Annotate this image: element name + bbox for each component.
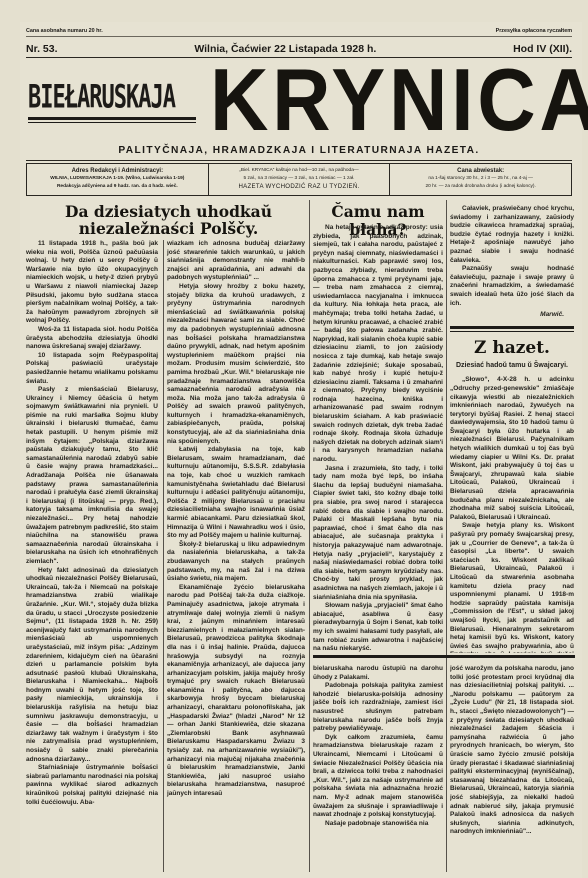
divider [450,331,574,332]
paragraph: 11 listapada 1918 h., pašla boŭ jak wiek… [26,240,158,326]
divider [450,326,574,329]
paragraph: Woś-ža 11 listapada sioł. hodu Polšča ŭr… [26,326,158,352]
subscription-line: 5 zał., na 3 miesiacy — 3 zał., na 1 mie… [213,175,386,183]
ads-line: 20 hr. — za radok drobnaha druku (i adne… [394,183,567,191]
paragraph: Swaje hetyja plany ks. Wiskont pašyraŭ p… [450,522,574,653]
signature: Marwič. [450,311,574,320]
paragraph: „Słowo“, 4-X-28 h. u adcinku „Odruchy pr… [450,376,574,522]
divider [28,117,196,120]
ads-title: Cana abwiestak: [394,167,567,175]
paragraph: Jasna i zrazumieła, što tady, i tolki ta… [313,465,443,603]
section-subhead: Dziesiać hadoŭ tamu ŭ Šwajcaryi. [450,362,574,371]
office-hours: Redakcyja adčynienа ad 9 hadz. ran. da 4… [31,183,204,191]
paragraph: Hety fakt adnosinaŭ da dziesiatych uhodk… [26,567,158,765]
top-strip: Cana asobnaha numaru 20 hr. Przesyłka op… [26,28,572,34]
price-note: Cana asobnaha numaru 20 hr. [26,28,103,34]
subscription-box: „Biel. KRYNICA“ kaštuje na hod—10 zał., … [208,164,390,195]
paragraph: Padobnaja polskaja palityka zamiest łaho… [313,682,443,734]
address-line: WILNIA, LUDWISARSKAJA 1-19. (Wilno, Ludw… [31,175,204,183]
ads-line: na 1-šaj staroncy 30 hr., 2 i 3 — 25 hr.… [394,175,567,183]
continuation-column-4: jość warožym da polskaha narodu, jano to… [450,665,574,870]
masthead-title: KRYNICA [210,56,543,144]
paragraph: Hetyja słowy hroźby z boku hazety, stoja… [167,283,305,446]
column-rule [446,200,447,872]
column-rule [163,240,164,872]
paragraph: Paznaŭšy swaju hodnaść čałaviečuju, pazn… [450,265,574,308]
article-headline: Da dziesiatych uhodkaŭ niezaležnaści Pol… [26,203,311,237]
paragraph: Čałaviek, praświečany choć krychu, świad… [450,205,574,265]
paragraph: 10 listapada sojm Rečypaspolitaj Polskaj… [26,352,158,386]
subscription-line: „Biel. KRYNICA“ kaštuje na hod—10 zał., … [213,167,386,175]
article-column-1: 11 listapada 1918 h., pašla boŭ jak wiek… [26,240,158,870]
column-rule [309,200,310,872]
postage-note: Przesyłka opłacona ryczałtem [496,28,572,34]
divider [26,160,572,161]
masthead-pretitle: BIEŁARUSKAJA [28,80,175,116]
article-column-4: Čałaviek, praświečany choć krychu, świad… [450,205,574,653]
paragraph: Staŕniašniaje ŭstrymańnie boĺšaści siabr… [26,764,158,807]
publication-frequency: HAZETA WYCHODZIĆ RAZ U TYDZIEŃ. [213,183,386,191]
ads-box: Cana abwiestak: na 1-šaj staroncy 30 hr.… [389,164,571,195]
address-box: Adres Redakcyi i Administracyi: WILNIA, … [27,164,208,195]
paragraph: Škoły-ž bielaruskaj u liku adpawiednym d… [167,541,305,584]
section-headline: Z hazet. [450,338,574,358]
paragraph: Łatwij zdabyłasia na toje, kab Bielarusa… [167,446,305,541]
paragraph: Na hetaje pytańnie adkaz prosty: usia zł… [313,224,443,465]
paragraph: wiazkam ich adnosna budučaj dziaržawy jo… [167,240,305,283]
divider [26,36,572,37]
paragraph: jość warožym da polskaha narodu, jano to… [450,665,574,837]
paragraph: Słowam našyja „pryjacieli" šmat čaho abi… [313,602,443,652]
info-bar: Adres Redakcyi i Administracyi: WILNIA, … [26,163,572,196]
paragraph: Našaje padobnaje stanowišča nia [313,820,443,829]
issue-number: Nr. 53. [26,43,58,55]
paragraph: bielaruskaha narodu ŭstupiŭ na darohu ŭh… [313,665,443,682]
paragraph: Ekanamičnaje žyćcio bielaruskaha narodu … [167,584,305,799]
continuation-column-3: bielaruskaha narodu ŭstupiŭ na darohu ŭh… [313,665,443,870]
masthead-subtitle: PALITYČNAJA, HRAMADZKAJA I LITERATURNAJA… [26,145,572,156]
divider [28,122,196,123]
address-title: Adres Redakcyi i Administracyi: [31,167,204,175]
paragraph: Pasły z mienšaściaŭ Bielarusy, Ukraincy … [26,386,158,566]
paragraph: Dyk całkom zrazumieła, čamu hramadzianst… [313,734,443,820]
divider [313,655,575,658]
article-column-2: wiazkam ich adnosna budučaj dziaržawy jo… [167,240,305,872]
article-column-3: Na hetaje pytańnie adkaz prosty: usia zł… [313,224,443,652]
